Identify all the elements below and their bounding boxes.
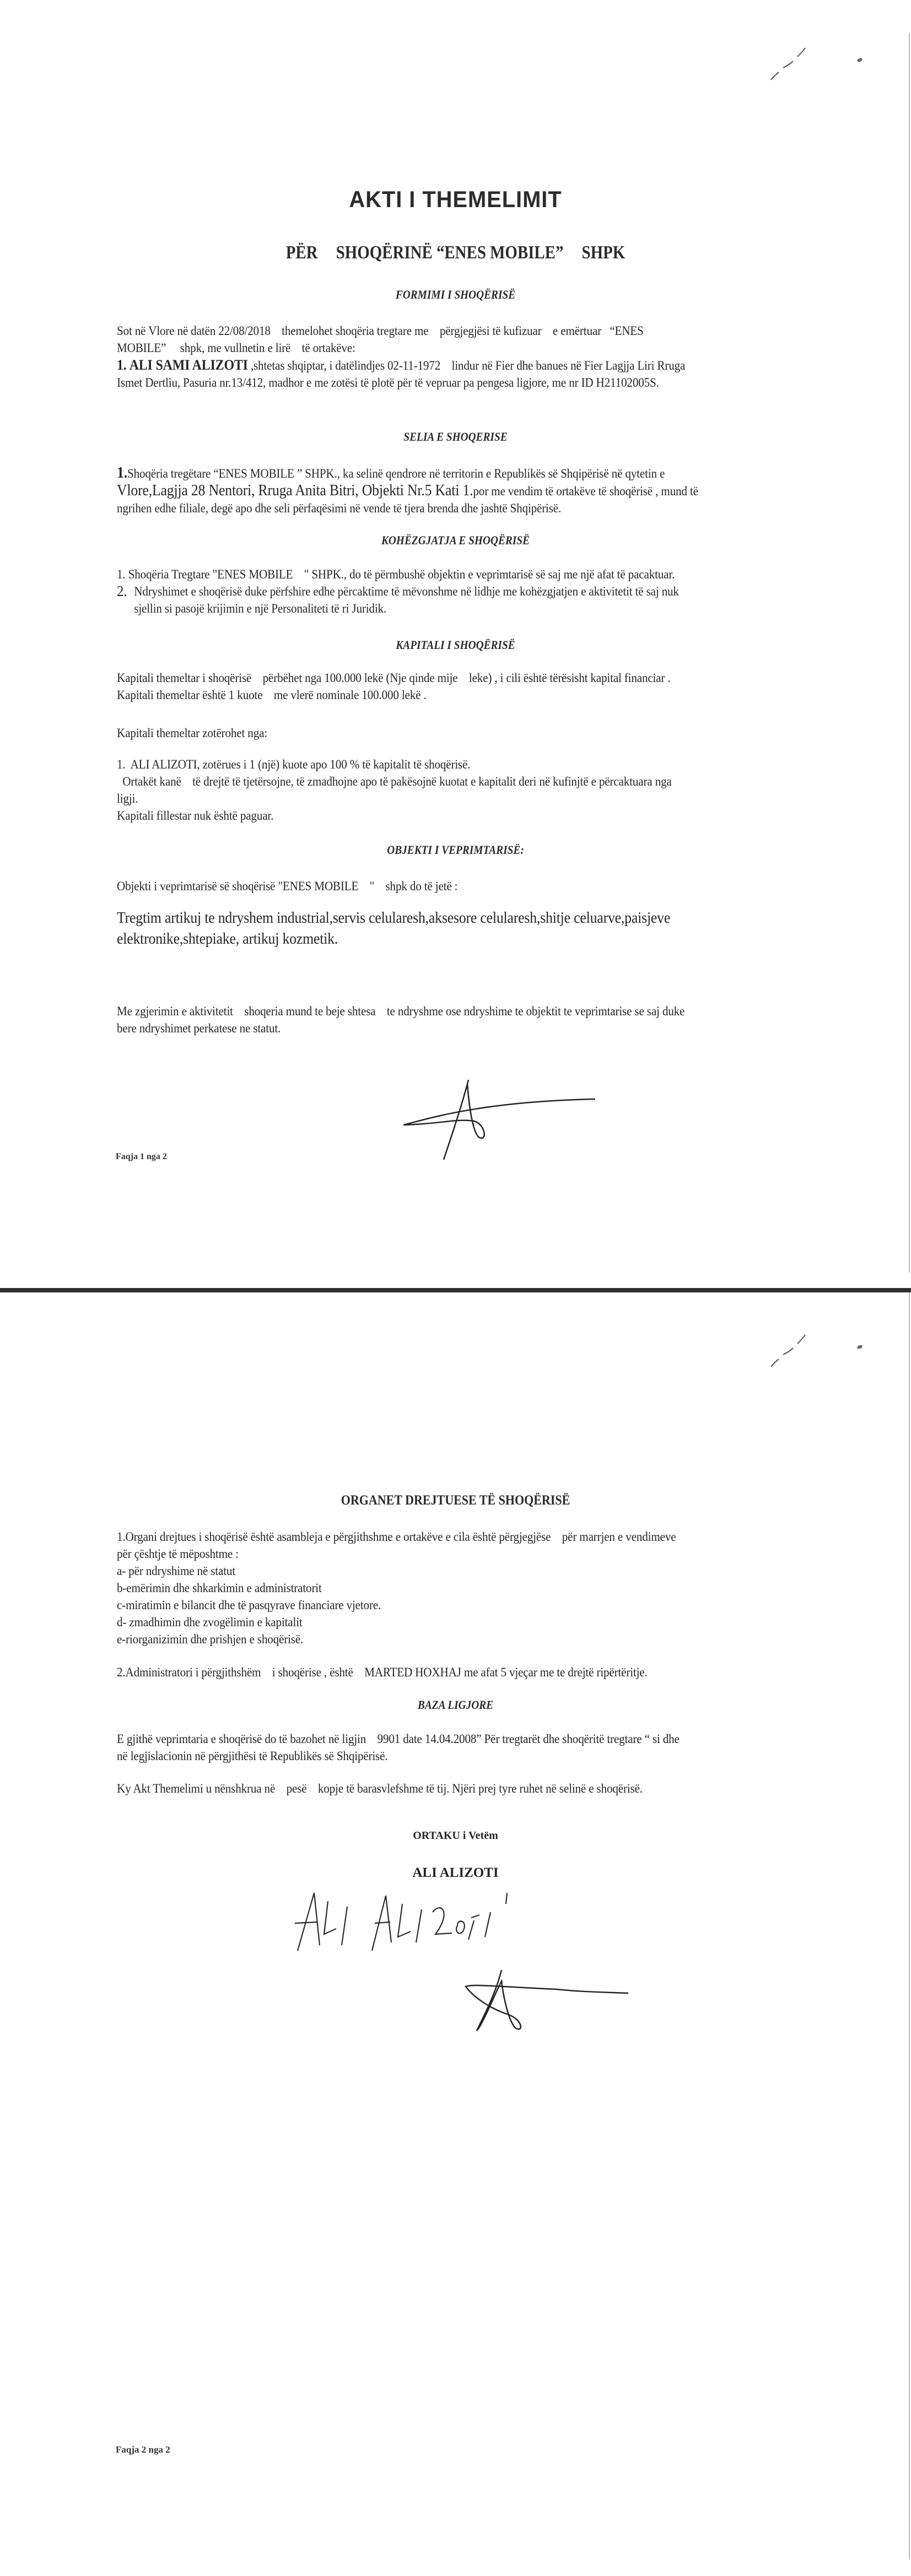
ink-dot-icon [856,57,863,62]
partner-entry: 1. ALI SAMI ALIZOTI ,shtetas shqiptar, i… [117,356,791,374]
organet-line-2: për çështje të mëposhtme : [117,1545,791,1562]
kohezgjatja-item-2: 2. Ndryshimet e shoqërisë duke përfshire… [117,583,791,617]
scan-right-edge [909,33,910,1273]
activity-line-2: elektronike,shtepiake, artikuj kozmetik. [117,929,791,950]
kapitali-line-2: Kapitali themeltar është 1 kuote me vler… [117,686,791,703]
item-2-line-1: Ndryshimet e shoqërisë duke përfshire ed… [134,583,679,600]
section-heading-kapitali: KAPITALI I SHOQËRISË [55,638,856,652]
company-name: SHOQËRINË “ENES MOBILE” [336,242,564,263]
section-heading-formimi: FORMIMI I SHOQËRISË [55,288,856,302]
kohezgjatja-item-1: 1. Shoqëria Tregtare "ENES MOBILE " SHPK… [117,566,791,583]
rights-line-2: ligji. [117,790,791,807]
sole-partner-label: ORTAKU i Vetëm [0,1830,911,1842]
section-formimi: Sot në Vlore në datën 22/08/2018 themelo… [117,322,791,391]
ink-dot-icon [856,1344,863,1349]
section-kohezgjatja: 1. Shoqëria Tregtare "ENES MOBILE " SHPK… [117,566,791,617]
activity-line-1: Tregtim artikuj te ndryshem industrial,s… [117,908,791,929]
page-footer-2: Faqja 2 nga 2 [116,2444,170,2455]
selia-text-2: por me vendim të ortakëve të shoqërisë ,… [473,484,698,498]
page-1: AKTI I THEMELIMIT PËR SHOQËRINË “ENES MO… [0,0,911,1288]
section-heading-kohezgjatja: KOHËZGJATJA E SHOQËRISË [55,533,856,548]
handwritten-name-icon: Ali Alizoti [292,1890,557,1956]
section-selia: 1.Shoqëria tregëtare “ENES MOBILE ” SHPK… [117,464,791,517]
baza-line-1: E gjithë veprimtaria e shoqërisë do të b… [117,1730,791,1747]
partner-number: 1. [117,357,127,373]
section-baza: E gjithë veprimtaria e shoqërisë do të b… [117,1730,791,1765]
signature-icon [463,1970,628,2036]
kapitali-owners: Kapitali themeltar zotërohet nga: [117,724,791,742]
organet-item-a: a- për ndryshime në statut [117,1562,791,1579]
objekti-expansion: Me zgjerimin e aktivitetit shoqeria mund… [117,1003,791,1037]
signature-icon [397,1080,628,1162]
section-heading-organet: ORGANET DREJTUESE TË SHOQËRISË [55,1493,856,1508]
rights-line-1: Ortakët kanë të drejtë të tjetërsojne, t… [117,773,791,790]
section-heading-baza: BAZA LIGJORE [55,1698,856,1712]
scan-right-edge [909,1292,910,2559]
organet-item-d: d- zmadhimin dhe zvogëlimin e kapitalit [117,1614,791,1631]
kapitali-line-3: Kapitali themeltar zotërohet nga: [117,724,791,742]
owner-share: 1. ALI ALIZOTI, zotërues i 1 (një) kuote… [117,756,791,773]
document-title: AKTI I THEMELIMIT [23,186,888,213]
organet-item-e: e-riorganizimin dhe prishjen e shoqërisë… [117,1631,791,1648]
section-heading-selia: SELIA E SHOQERISE [55,430,856,444]
formimi-line-1: Sot në Vlore në datën 22/08/2018 themelo… [117,322,791,339]
section-kapitali: Kapitali themeltar i shoqërisë përbëhet … [117,669,791,703]
objekti-intro: Objekti i veprimtarisë së shoqërisë "ENE… [117,878,791,895]
copies-text: Ky Akt Themelimi u nënshkrua në pesë kop… [117,1780,791,1797]
handwritten-mark-icon [769,1328,813,1372]
page-2: ORGANET DREJTUESE TË SHOQËRISË 1.Organi … [0,1292,911,2576]
objekti-intro-text: Objekti i veprimtarisë së shoqërisë "ENE… [117,878,791,895]
item-2-line-2: sjellin si pasojë krijimin e një Persona… [134,600,679,617]
kapitali-ownership: 1. ALI ALIZOTI, zotërues i 1 (një) kuote… [117,756,791,824]
section-organet: 1.Organi drejtues i shoqërisë është asam… [117,1528,791,1648]
subtitle-prefix: PËR [286,242,318,263]
section-heading-objekti: OBJEKTI I VEPRIMTARISË: [55,843,856,857]
administrator-clause: 2.Administratori i përgjithshëm i shoqër… [117,1664,791,1681]
partner-name: ALI SAMI ALIZOTI [130,357,248,373]
selia-line-2: Vlore,Lagjja 28 Nentori, Rruga Anita Bit… [117,482,791,500]
selia-number: 1. [117,464,127,481]
kapitali-line-1: Kapitali themeltar i shoqërisë përbëhet … [117,669,791,686]
administrator-text: 2.Administratori i përgjithshëm i shoqër… [117,1664,791,1681]
subtitle-suffix: SHPK [582,242,626,263]
selia-text-1: Shoqëria tregëtare “ENES MOBILE ” SHPK.,… [127,467,665,480]
organet-line-1: 1.Organi drejtues i shoqërisë është asam… [117,1528,791,1545]
organet-item-b: b-emërimin dhe shkarkimin e administrato… [117,1579,791,1597]
handwritten-mark-icon [769,41,813,85]
item-number: 2. [117,583,134,617]
objekti-activities: Tregtim artikuj te ndryshem industrial,s… [117,908,791,950]
page-footer-1: Faqja 1 nga 2 [116,1152,167,1162]
organet-item-c: c-miratimin e bilancit dhe të pasqyrave … [117,1597,791,1614]
selia-line-1: 1.Shoqëria tregëtare “ENES MOBILE ” SHPK… [117,464,791,482]
partner-details-1: ,shtetas shqiptar, i datëlindjes 02-11-1… [248,359,685,372]
selia-address: Vlore,Lagjja 28 Nentori, Rruga Anita Bit… [117,482,473,499]
copies-clause: Ky Akt Themelimi u nënshkrua në pesë kop… [117,1780,791,1797]
selia-line-3: ngrihen edhe filiale, degë apo dhe seli … [117,500,791,517]
capital-unpaid: Kapitali fillestar nuk është paguar. [117,807,791,824]
expansion-line-1: Me zgjerimin e aktivitetit shoqeria mund… [117,1003,791,1020]
document-subtitle: PËR SHOQËRINË “ENES MOBILE” SHPK [68,242,843,263]
expansion-line-2: bere ndryshimet perkatese ne statut. [117,1020,791,1037]
baza-line-2: në legjislacionin në përgjithësi të Repu… [117,1747,791,1765]
partner-details-2: Ismet Dertliu, Pasuria nr.13/412, madhor… [117,374,791,391]
formimi-line-2: MOBILE” shpk, me vullnetin e lirë të ort… [117,339,791,356]
sole-partner-name: ALI ALIZOTI [0,1865,911,1881]
